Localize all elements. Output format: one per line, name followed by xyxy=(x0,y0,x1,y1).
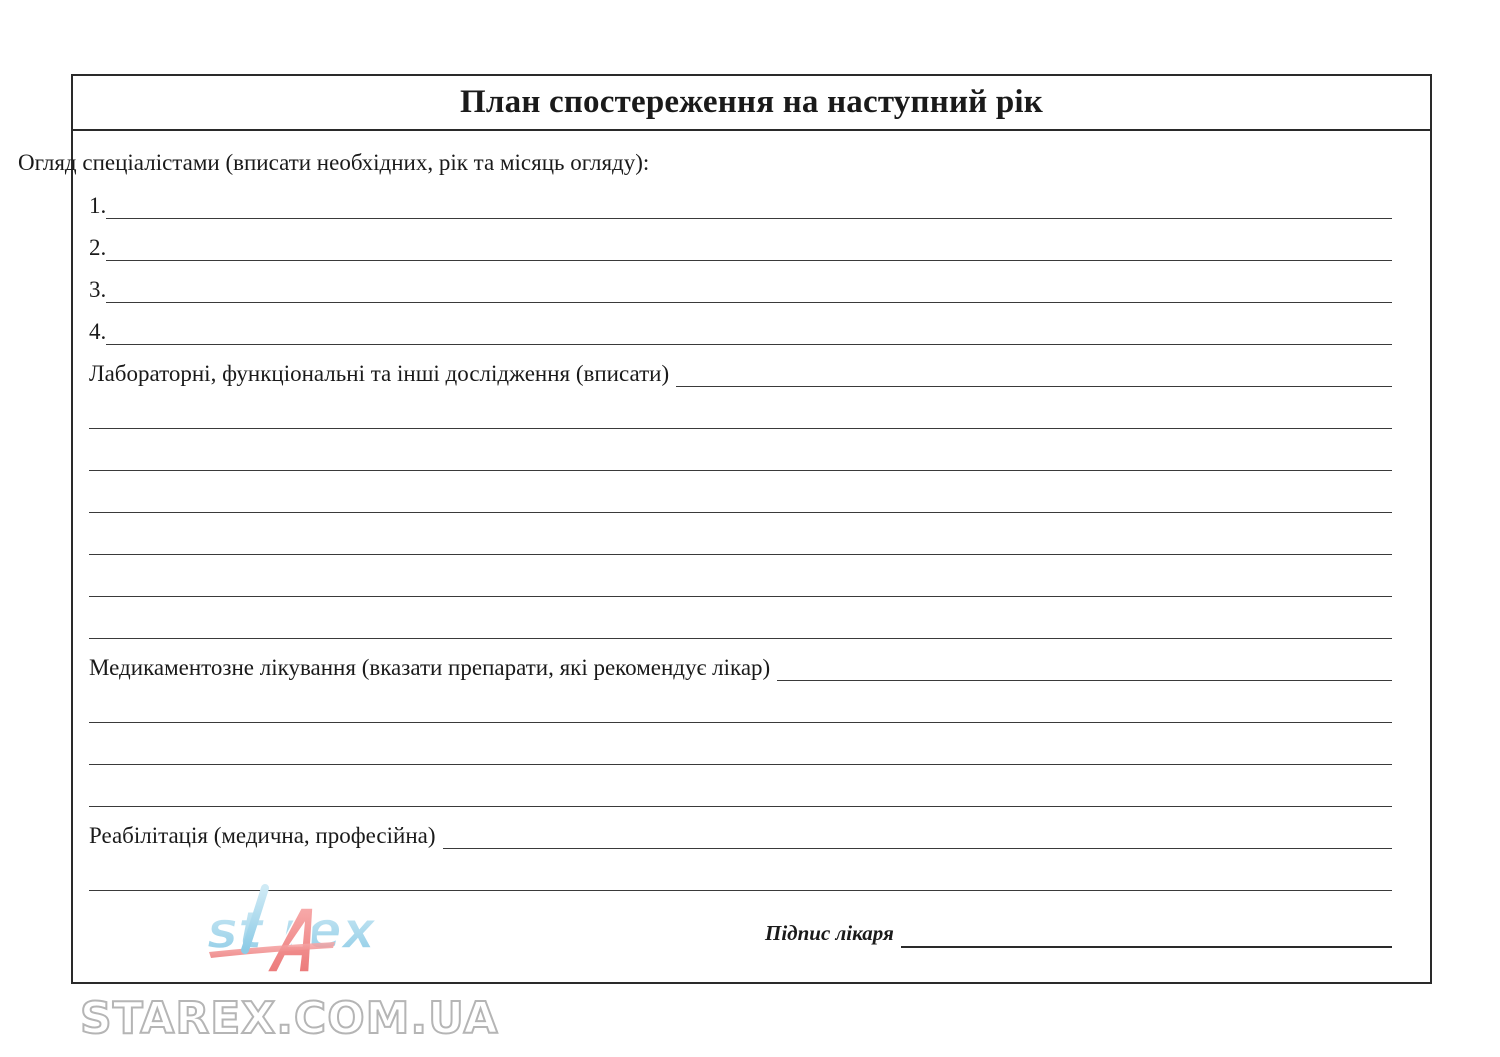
lab-line-extra[interactable] xyxy=(89,441,1392,471)
signature-line[interactable]: Підпис лікаря xyxy=(765,918,1392,948)
title-bar: План спостереження на наступний рік xyxy=(73,76,1430,131)
rehab-line[interactable]: Реабілітація (медична, професійна) xyxy=(89,819,1392,849)
medication-line-extra[interactable] xyxy=(89,777,1392,807)
specialist-field-3[interactable] xyxy=(106,272,1392,303)
medication-field[interactable] xyxy=(777,650,1392,681)
lab-field-extra[interactable] xyxy=(89,566,1392,597)
lab-label: Лабораторні, функціональні та інші дослі… xyxy=(89,362,669,387)
lab-line-extra[interactable] xyxy=(89,399,1392,429)
specialist-field-4[interactable] xyxy=(106,314,1392,345)
lab-line-extra[interactable] xyxy=(89,525,1392,555)
signature-label: Підпис лікаря xyxy=(765,921,894,948)
lab-line-extra[interactable] xyxy=(89,609,1392,639)
specialist-line-1[interactable]: 1. xyxy=(89,189,1392,219)
site-watermark: STAREX.COM.UA xyxy=(80,993,499,1044)
line-number: 1. xyxy=(89,194,106,219)
rehab-field[interactable] xyxy=(443,818,1392,849)
medication-line[interactable]: Медикаментозне лікування (вказати препар… xyxy=(89,651,1392,681)
lab-field-extra[interactable] xyxy=(89,608,1392,639)
medication-field-extra[interactable] xyxy=(89,692,1392,723)
specialists-heading: Огляд спеціалістами (вписати необхідних,… xyxy=(18,150,649,176)
lab-line-extra[interactable] xyxy=(89,483,1392,513)
lab-field[interactable] xyxy=(676,356,1392,387)
specialist-line-4[interactable]: 4. xyxy=(89,315,1392,345)
medication-line-extra[interactable] xyxy=(89,693,1392,723)
line-number: 4. xyxy=(89,320,106,345)
medication-line-extra[interactable] xyxy=(89,735,1392,765)
medication-field-extra[interactable] xyxy=(89,734,1392,765)
specialist-line-2[interactable]: 2. xyxy=(89,231,1392,261)
line-number: 3. xyxy=(89,278,106,303)
lab-field-extra[interactable] xyxy=(89,440,1392,471)
lab-line-extra[interactable] xyxy=(89,567,1392,597)
rehab-label: Реабілітація (медична, професійна) xyxy=(89,824,436,849)
medication-field-extra[interactable] xyxy=(89,776,1392,807)
line-number: 2. xyxy=(89,236,106,261)
lab-field-extra[interactable] xyxy=(89,482,1392,513)
specialist-field-2[interactable] xyxy=(106,230,1392,261)
specialist-field-1[interactable] xyxy=(106,188,1392,219)
form-title: План спостереження на наступний рік xyxy=(460,84,1043,121)
lab-line[interactable]: Лабораторні, функціональні та інші дослі… xyxy=(89,357,1392,387)
lab-field-extra[interactable] xyxy=(89,398,1392,429)
medication-label: Медикаментозне лікування (вказати препар… xyxy=(89,656,770,681)
signature-field[interactable] xyxy=(901,916,1392,948)
specialist-line-3[interactable]: 3. xyxy=(89,273,1392,303)
starex-logo-icon: st rex xyxy=(205,880,395,980)
lab-field-extra[interactable] xyxy=(89,524,1392,555)
